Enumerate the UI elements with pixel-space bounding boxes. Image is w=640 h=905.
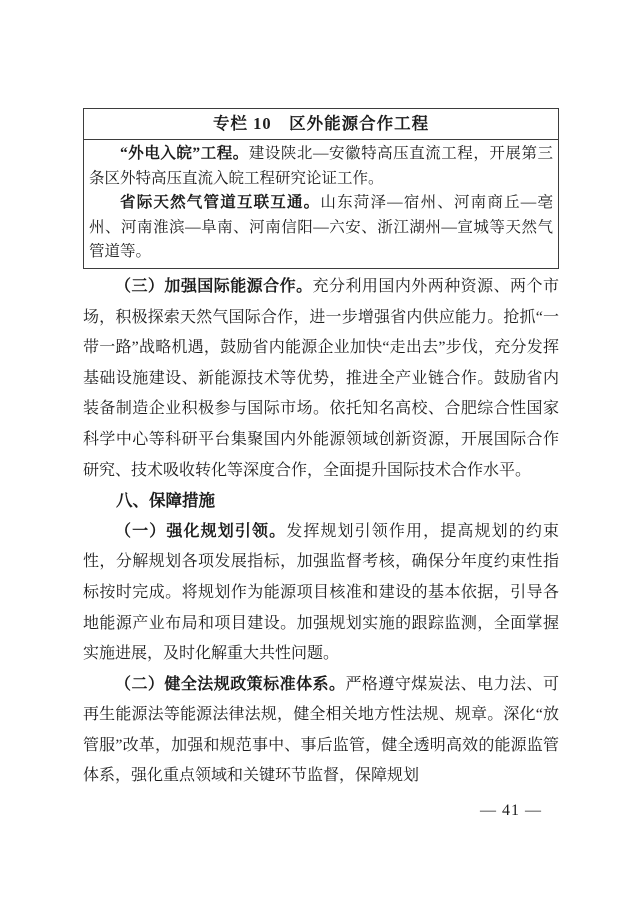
body-text: （三）加强国际能源合作。充分利用国内外两种资源、两个市场，积极探索天然气国际合作… <box>83 272 559 792</box>
callout-box-body: “外电入皖”工程。建设陕北—安徽特高压直流工程，开展第三条区外特高压直流入皖工程… <box>84 140 558 268</box>
page-content: 专栏 10 区外能源合作工程 “外电入皖”工程。建设陕北—安徽特高压直流工程，开… <box>83 108 559 792</box>
paragraph: （二）健全法规政策标准体系。严格遵守煤炭法、电力法、可再生能源法等能源法律法规，… <box>83 670 559 792</box>
callout-paragraph: 省际天然气管道互联互通。山东菏泽—宿州、河南商丘—亳州、河南淮滨—阜南、河南信阳… <box>89 191 553 265</box>
document-page: 专栏 10 区外能源合作工程 “外电入皖”工程。建设陕北—安徽特高压直流工程，开… <box>0 0 640 905</box>
callout-box-title: 专栏 10 区外能源合作工程 <box>84 109 558 140</box>
callout-box: 专栏 10 区外能源合作工程 “外电入皖”工程。建设陕北—安徽特高压直流工程，开… <box>83 108 559 269</box>
paragraph-lead: （三）加强国际能源合作。 <box>115 278 313 295</box>
section-heading: 八、保障措施 <box>83 486 559 517</box>
paragraph: （一）强化规划引领。发挥规划引领作用，提高规划的约束性，分解规划各项发展指标，加… <box>83 517 559 670</box>
paragraph-text: 充分利用国内外两种资源、两个市场，积极探索天然气国际合作，进一步增强省内供应能力… <box>83 278 559 479</box>
paragraph-text: 发挥规划引领作用，提高规划的约束性，分解规划各项发展指标，加强监督考核，确保分年… <box>83 523 559 662</box>
paragraph: （三）加强国际能源合作。充分利用国内外两种资源、两个市场，积极探索天然气国际合作… <box>83 272 559 486</box>
paragraph-lead: （一）强化规划引领。 <box>115 523 286 540</box>
page-number: — 41 — <box>480 801 542 821</box>
paragraph-lead: （二）健全法规政策标准体系。 <box>115 676 345 693</box>
callout-paragraph: “外电入皖”工程。建设陕北—安徽特高压直流工程，开展第三条区外特高压直流入皖工程… <box>89 142 553 191</box>
callout-paragraph-lead: “外电入皖”工程。 <box>120 145 249 162</box>
callout-paragraph-lead: 省际天然气管道互联互通。 <box>120 194 320 211</box>
